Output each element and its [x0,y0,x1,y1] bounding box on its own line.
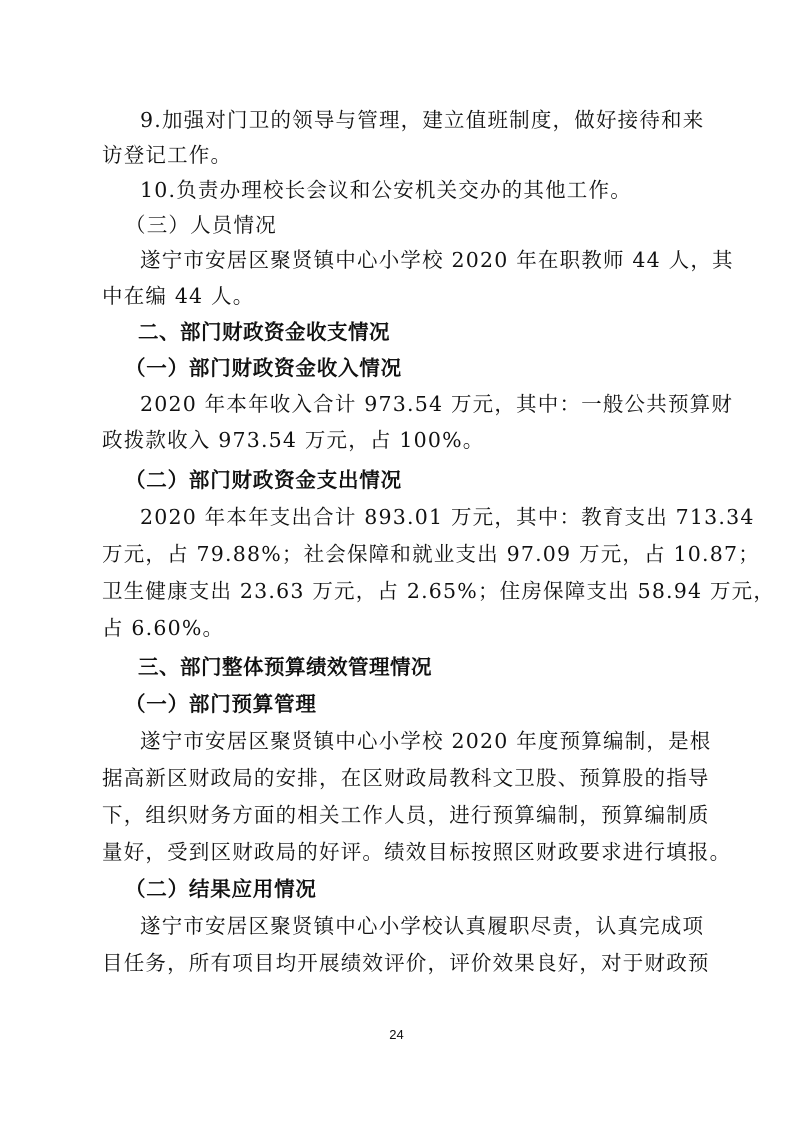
paragraph-line: 10.负责办理校长会议和公安机关交办的其他工作。 [140,176,692,204]
paragraph-line: 量好，受到区财政局的好评。绩效目标按照区财政要求进行填报。 [102,838,692,866]
paragraph-line: 遂宁市安居区聚贤镇中心小学校认真履职尽责，认真完成项 [140,912,692,940]
section-heading: 三、部门整体预算绩效管理情况 [138,653,728,681]
paragraph-line: 卫生健康支出 23.63 万元，占 2.65%；住房保障支出 58.94 万元， [102,577,692,605]
subsection-heading: （二）结果应用情况 [125,875,715,903]
subsection-heading: （一）部门财政资金收入情况 [125,354,715,382]
section-heading: 二、部门财政资金收支情况 [138,318,728,346]
paragraph-line: 中在编 44 人。 [102,282,692,310]
paragraph-line: 占 6.60%。 [102,614,692,642]
paragraph-line: 政拨款收入 973.54 万元，占 100%。 [102,426,692,454]
subsection-heading: （二）部门财政资金支出情况 [125,466,715,494]
document-page: 9.加强对门卫的领导与管理，建立值班制度，做好接待和来 访登记工作。 10.负责… [0,0,793,1122]
subsection-heading: （一）部门预算管理 [125,690,715,718]
paragraph-line: 2020 年本年收入合计 973.54 万元，其中：一般公共预算财 [140,390,692,418]
paragraph-line: 9.加强对门卫的领导与管理，建立值班制度，做好接待和来 [140,106,692,134]
paragraph-line: 访登记工作。 [102,141,692,169]
paragraph-line: 据高新区财政局的安排，在区财政局教科文卫股、预算股的指导 [102,764,692,792]
page-number: 24 [0,1027,793,1042]
paragraph-line: 遂宁市安居区聚贤镇中心小学校 2020 年在职教师 44 人，其 [140,246,692,274]
paragraph-line: 目任务，所有项目均开展绩效评价，评价效果良好，对于财政预 [102,949,692,977]
paragraph-line: 万元，占 79.88%；社会保障和就业支出 97.09 万元，占 10.87； [102,540,692,568]
paragraph-line: 下，组织财务方面的相关工作人员，进行预算编制，预算编制质 [102,801,692,829]
paragraph-line: 2020 年本年支出合计 893.01 万元，其中：教育支出 713.34 [140,503,692,531]
paragraph-line: 遂宁市安居区聚贤镇中心小学校 2020 年度预算编制，是根 [140,727,692,755]
section-subheading: （三）人员情况 [125,211,715,239]
